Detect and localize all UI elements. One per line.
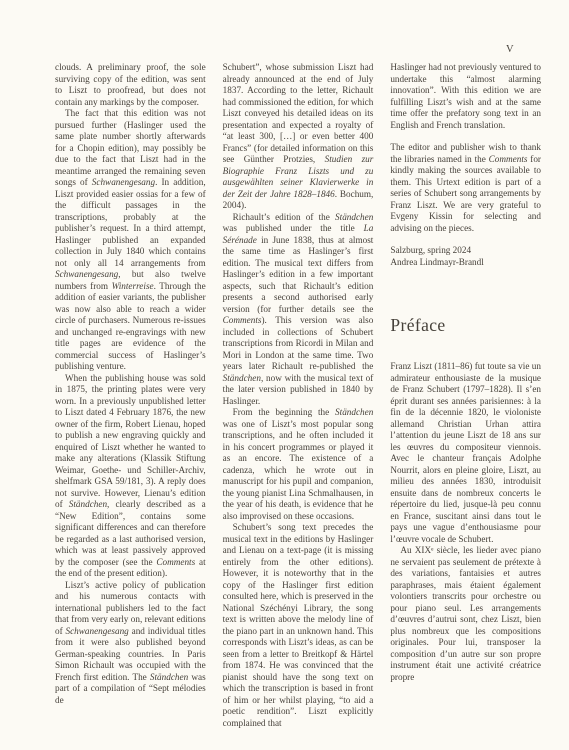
french-paragraph: Franz Liszt (1811–86) fut toute sa vie u… [390,361,541,545]
signature-place-date: Salzburg, spring 2024 [390,245,541,257]
paragraph: Richault’s edition of the Ständchen was … [223,212,374,408]
text-columns: clouds. A preliminary proof, the sole su… [55,62,541,729]
preface-heading: Préface [390,314,541,336]
preface-page: V clouds. A preliminary proof, the sole … [0,0,569,750]
paragraph: Liszt’s active policy of publication and… [55,580,206,707]
column-middle: Schubert”, whose submission Liszt had al… [223,62,374,729]
signature-block: Salzburg, spring 2024 Andrea Lindmayr-Br… [390,245,541,268]
signature-name: Andrea Lindmayr-Brandl [390,257,541,269]
acknowledgement-paragraph: The editor and publisher wish to thank t… [390,142,541,234]
paragraph-continuation: Schubert”, whose submission Liszt had al… [223,62,374,212]
paragraph-continuation: clouds. A preliminary proof, the sole su… [55,62,206,108]
paragraph: The fact that this edition was not pursu… [55,108,206,373]
paragraph: From the beginning the Ständchen was one… [223,407,374,522]
column-left: clouds. A preliminary proof, the sole su… [55,62,206,729]
french-paragraph: Au XIXᵉ siècle, les lieder avec piano ne… [390,545,541,683]
paragraph-continuation: Haslinger had not previously ventured to… [390,62,541,131]
column-right: Haslinger had not previously ventured to… [390,62,541,729]
paragraph: When the publishing house was sold in 18… [55,373,206,580]
paragraph: Schubert’s song text precedes the musica… [223,522,374,729]
page-number: V [506,44,514,55]
